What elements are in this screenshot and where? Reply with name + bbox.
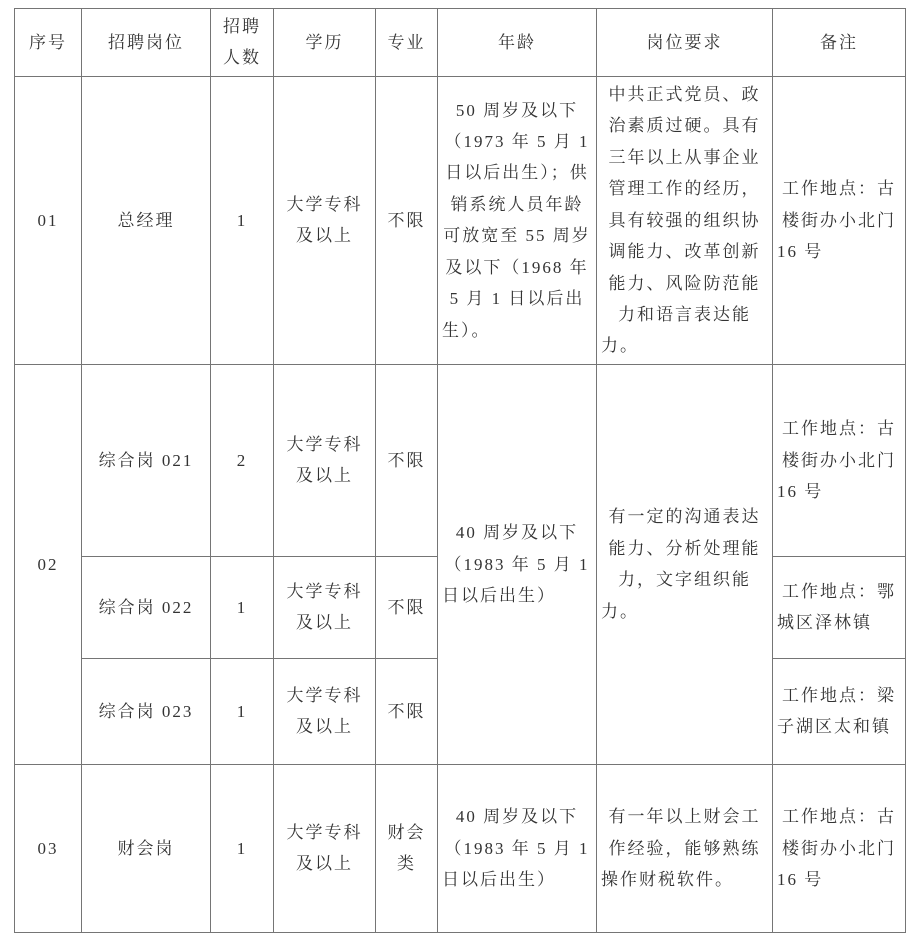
table-row: 02 综合岗 021 2 大学专科及以上 不限 40 周岁及以下（1983 年 … (15, 364, 906, 556)
cell-count: 1 (211, 658, 274, 764)
cell-count: 1 (211, 556, 274, 658)
cell-age: 40 周岁及以下（1983 年 5 月 1 日以后出生） (438, 364, 597, 764)
cell-age: 40 周岁及以下（1983 年 5 月 1 日以后出生） (438, 764, 597, 932)
cell-major: 不限 (376, 76, 438, 364)
recruitment-table: 序号 招聘岗位 招聘人数 学历 专业 年龄 岗位要求 备注 01 总经理 1 大… (14, 8, 906, 933)
cell-remark: 工作地点：鄂城区泽林镇 (773, 556, 906, 658)
cell-major: 不限 (376, 364, 438, 556)
cell-position: 综合岗 022 (82, 556, 211, 658)
cell-count: 2 (211, 364, 274, 556)
header-cell-position: 招聘岗位 (82, 9, 211, 77)
cell-major: 不限 (376, 658, 438, 764)
cell-position: 综合岗 023 (82, 658, 211, 764)
cell-requirements: 有一年以上财会工作经验，能够熟练操作财税软件。 (597, 764, 773, 932)
cell-position: 财会岗 (82, 764, 211, 932)
cell-education: 大学专科及以上 (274, 364, 376, 556)
cell-count: 1 (211, 764, 274, 932)
header-cell-count: 招聘人数 (211, 9, 274, 77)
table-header-row: 序号 招聘岗位 招聘人数 学历 专业 年龄 岗位要求 备注 (15, 9, 906, 77)
cell-group-no: 02 (15, 364, 82, 764)
header-cell-remark: 备注 (773, 9, 906, 77)
header-cell-major: 专业 (376, 9, 438, 77)
cell-remark: 工作地点：古楼街办小北门 16 号 (773, 364, 906, 556)
cell-requirements: 有一定的沟通表达能力、分析处理能力，文字组织能力。 (597, 364, 773, 764)
cell-major: 财会类 (376, 764, 438, 932)
cell-remark: 工作地点：古楼街办小北门 16 号 (773, 764, 906, 932)
cell-education: 大学专科及以上 (274, 556, 376, 658)
cell-position: 总经理 (82, 76, 211, 364)
header-cell-no: 序号 (15, 9, 82, 77)
cell-education: 大学专科及以上 (274, 76, 376, 364)
cell-remark: 工作地点：梁子湖区太和镇 (773, 658, 906, 764)
table-row: 01 总经理 1 大学专科及以上 不限 50 周岁及以下（1973 年 5 月 … (15, 76, 906, 364)
cell-education: 大学专科及以上 (274, 658, 376, 764)
cell-group-no: 01 (15, 76, 82, 364)
cell-group-no: 03 (15, 764, 82, 932)
header-cell-age: 年龄 (438, 9, 597, 77)
table-row: 03 财会岗 1 大学专科及以上 财会类 40 周岁及以下（1983 年 5 月… (15, 764, 906, 932)
header-cell-education: 学历 (274, 9, 376, 77)
cell-requirements: 中共正式党员、政治素质过硬。具有三年以上从事企业管理工作的经历，具有较强的组织协… (597, 76, 773, 364)
cell-education: 大学专科及以上 (274, 764, 376, 932)
cell-count: 1 (211, 76, 274, 364)
cell-position: 综合岗 021 (82, 364, 211, 556)
page-body: 序号 招聘岗位 招聘人数 学历 专业 年龄 岗位要求 备注 01 总经理 1 大… (0, 0, 921, 933)
cell-age: 50 周岁及以下（1973 年 5 月 1 日以后出生）；供销系统人员年龄可放宽… (438, 76, 597, 364)
cell-major: 不限 (376, 556, 438, 658)
header-cell-requirements: 岗位要求 (597, 9, 773, 77)
cell-remark: 工作地点：古楼街办小北门 16 号 (773, 76, 906, 364)
